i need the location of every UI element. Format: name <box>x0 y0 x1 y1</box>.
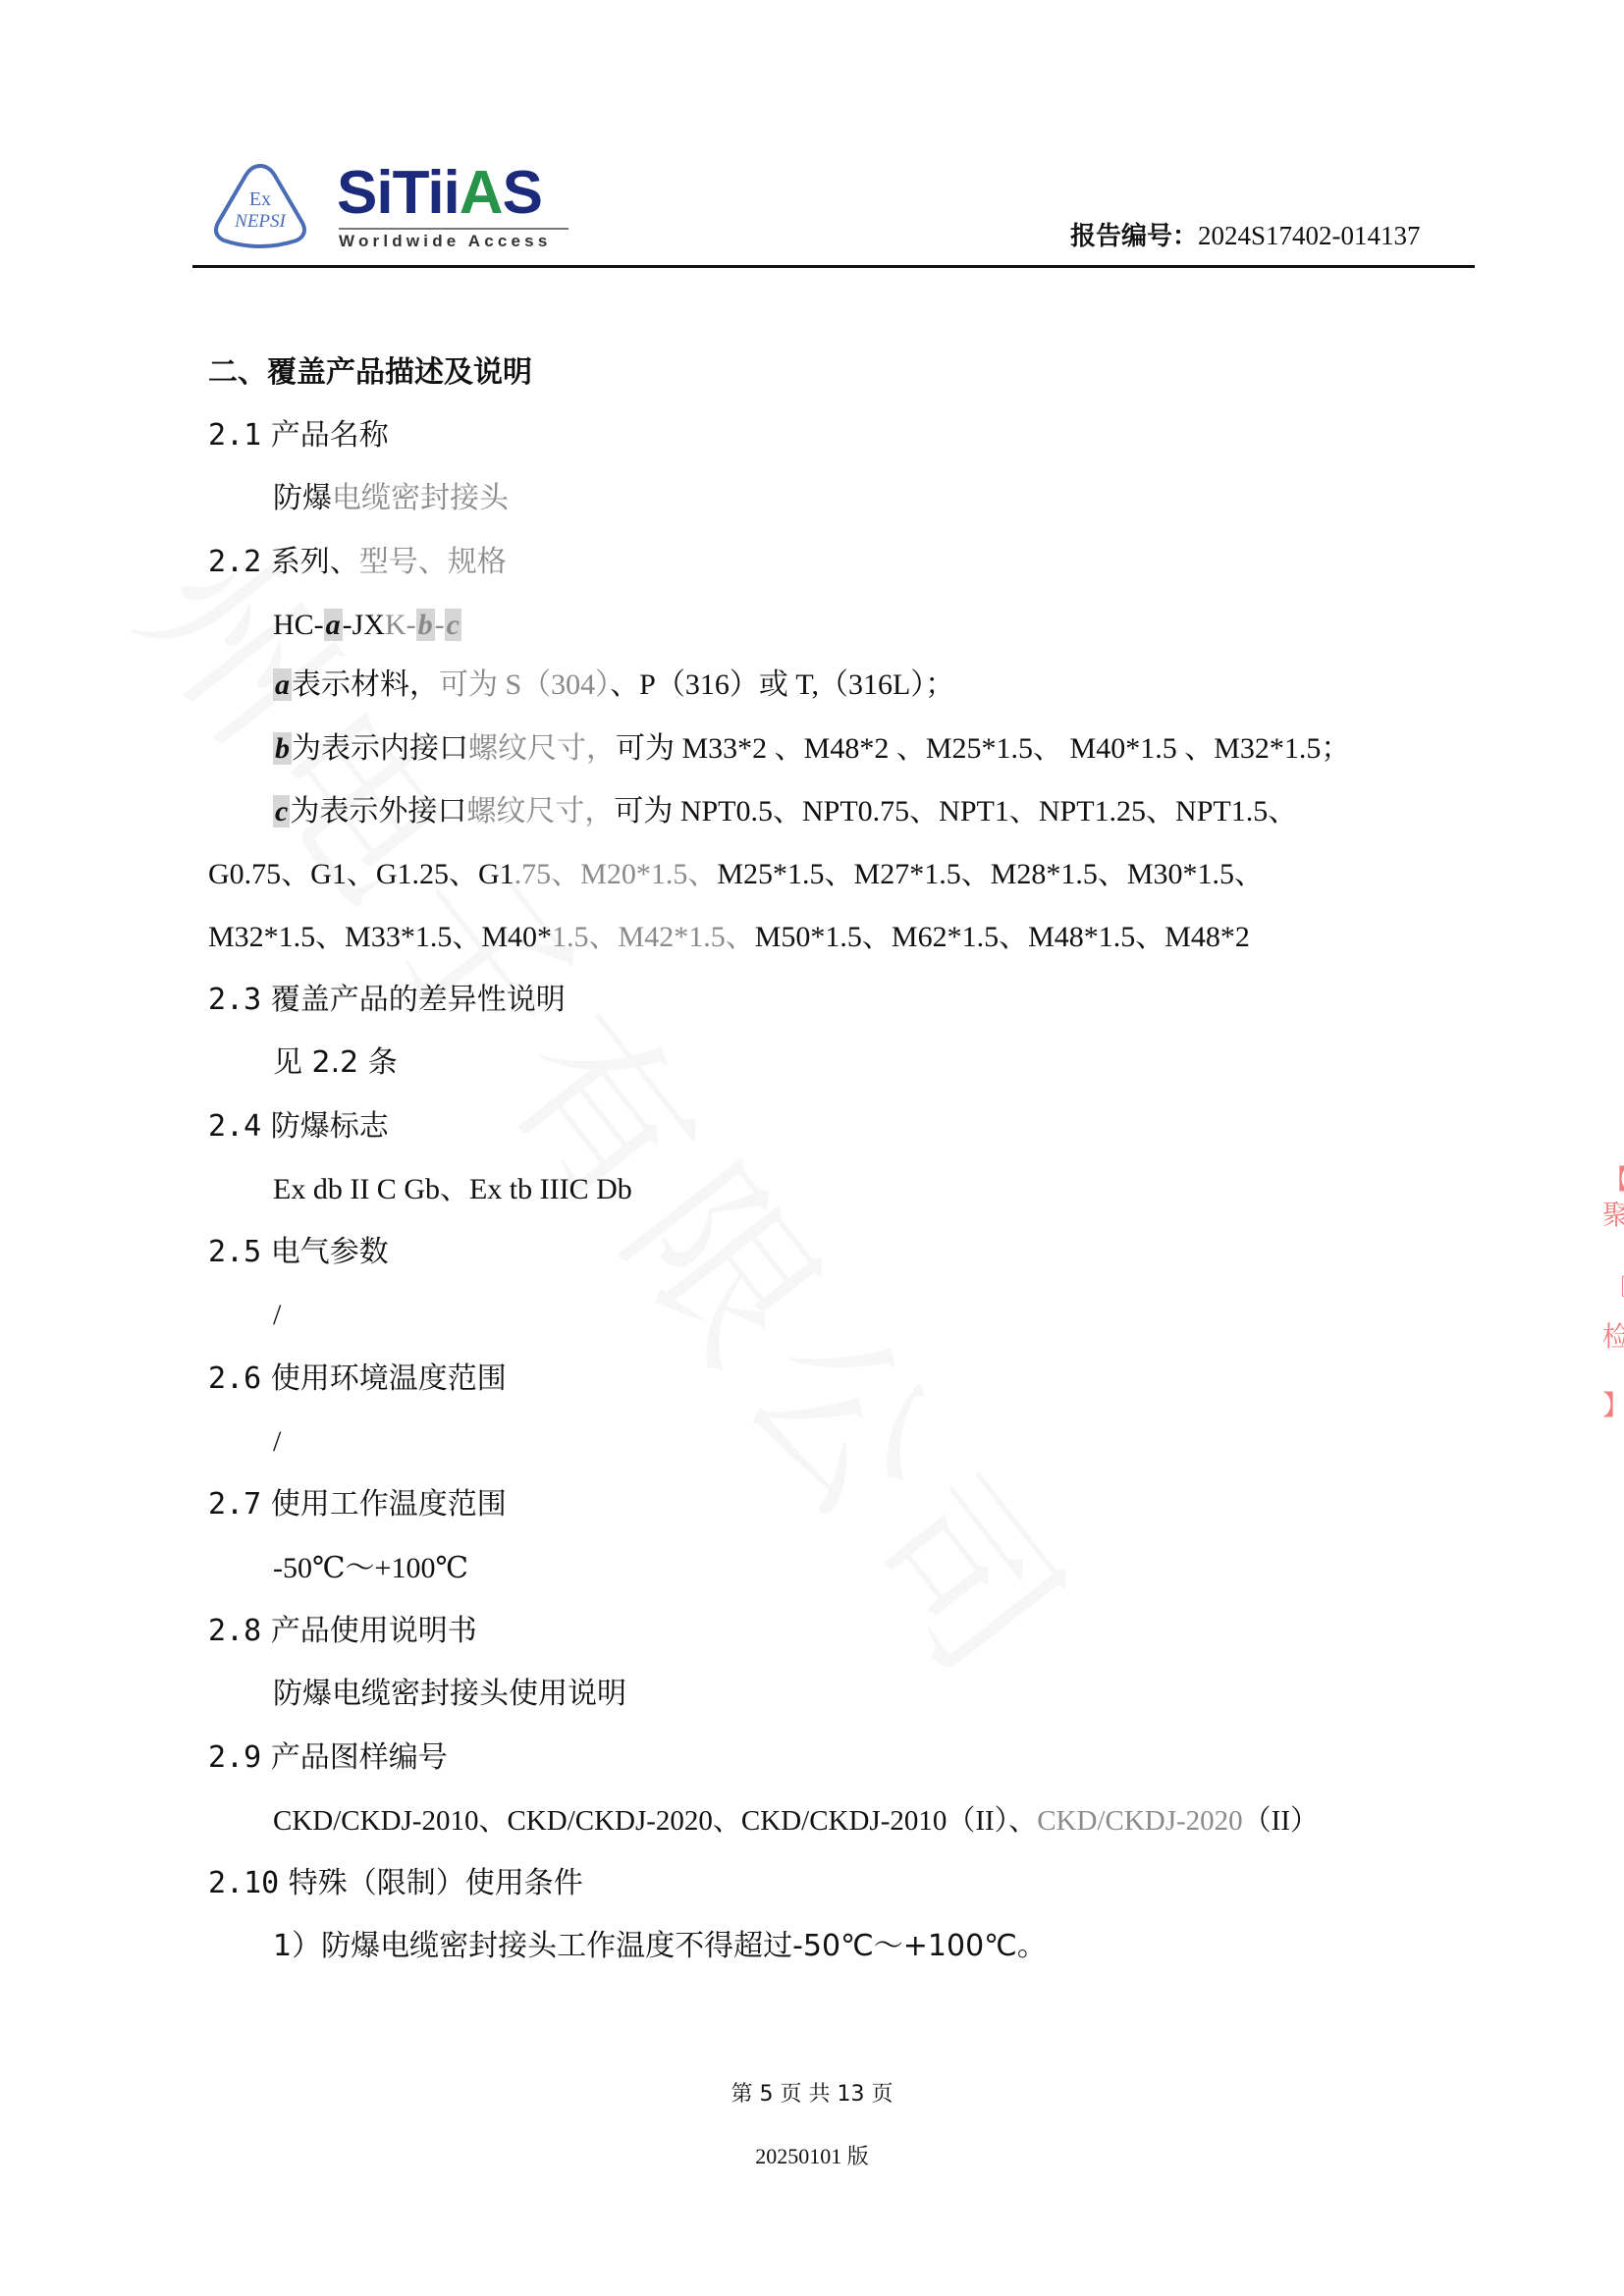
logo-divider <box>339 228 568 230</box>
variable-c-description: c为表示外接口螺纹尺寸，可为 NPT0.5、NPT0.75、NPT1、NPT1.… <box>273 792 1297 831</box>
variable-c-description-cont-2: M32*1.5、M33*1.5、M40*1.5、M42*1.5、M50*1.5、… <box>208 918 1250 957</box>
official-seal-edge: 【 聚 〔 检 】 <box>1598 1158 1624 1453</box>
section-2-8-title: 2.8 产品使用说明书 <box>208 1612 477 1651</box>
product-manual: 防爆电缆密封接头使用说明 <box>273 1675 626 1714</box>
product-name: 防爆电缆密封接头 <box>273 479 509 518</box>
document-page: 州电子有限公司 Ex NEPSI SiTiiAS Worldwide Acces… <box>0 0 1624 2296</box>
section-2-2-title: 2.2 系列、型号、规格 <box>208 543 507 582</box>
section-2-1-title: 2.1 产品名称 <box>208 416 389 455</box>
difference-description: 见 2.2 条 <box>273 1043 398 1083</box>
ambient-temperature-range: / <box>273 1422 281 1462</box>
section-2-6-title: 2.6 使用环境温度范围 <box>208 1360 507 1399</box>
report-number-label: 报告编号： <box>1070 222 1198 251</box>
variable-a-description: a表示材料，可为 S（304）、P（316）或 T,（316L）； <box>273 666 954 705</box>
section-2-3-title: 2.3 覆盖产品的差异性说明 <box>208 981 566 1020</box>
ex-marking: Ex db II C Gb、Ex tb IIIC Db <box>273 1170 632 1209</box>
page-number: 第 5 页 共 13 页 <box>0 2077 1624 2108</box>
section-2-10-title: 2.10 特殊（限制）使用条件 <box>208 1864 583 1903</box>
nepsi-logo-ex: Ex <box>249 188 271 210</box>
section-heading: 二、覆盖产品描述及说明 <box>208 353 532 393</box>
document-version: 20250101 版 <box>0 2140 1624 2170</box>
model-pattern: HC-a-JXK-b-c <box>273 606 461 645</box>
sitiias-tagline: Worldwide Access <box>339 232 551 251</box>
nepsi-logo: Ex NEPSI <box>210 162 310 250</box>
nepsi-shield-icon: Ex NEPSI <box>210 162 310 250</box>
report-number-value: 2024S17402-014137 <box>1198 221 1421 250</box>
section-2-9-title: 2.9 产品图样编号 <box>208 1738 448 1778</box>
electrical-parameters: / <box>273 1296 281 1335</box>
variable-b-description: b为表示内接口螺纹尺寸，可为 M33*2 、M48*2 、M25*1.5、 M4… <box>273 729 1350 769</box>
drawing-numbers: CKD/CKDJ-2010、CKD/CKDJ-2020、CKD/CKDJ-201… <box>273 1801 1319 1841</box>
sitiias-wordmark: SiTiiAS <box>337 163 542 224</box>
header-divider <box>192 265 1475 268</box>
variable-c-description-cont-1: G0.75、G1、G1.25、G1.75、M20*1.5、M25*1.5、M27… <box>208 855 1264 894</box>
nepsi-logo-text: NEPSI <box>234 211 287 232</box>
section-2-7-title: 2.7 使用工作温度范围 <box>208 1485 507 1524</box>
working-temperature-range: -50℃～+100℃ <box>273 1549 468 1588</box>
section-2-4-title: 2.4 防爆标志 <box>208 1107 389 1147</box>
report-number: 报告编号：2024S17402-014137 <box>1070 216 1421 252</box>
section-2-5-title: 2.5 电气参数 <box>208 1233 389 1272</box>
sitiias-logo: SiTiiAS Worldwide Access <box>337 163 572 251</box>
special-condition-1: 1）防爆电缆密封接头工作温度不得超过-50℃～+100℃。 <box>273 1927 1047 1966</box>
